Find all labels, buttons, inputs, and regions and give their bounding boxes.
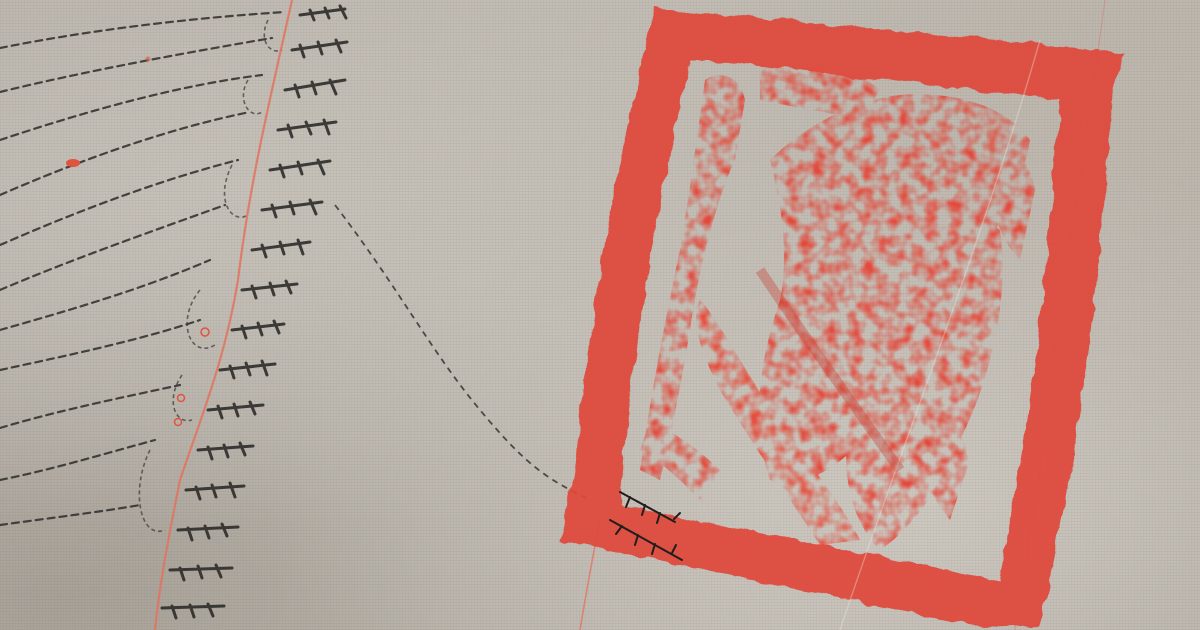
document-photo: Cloth document with vertical Mongolian s…	[0, 0, 1200, 630]
red-seal	[0, 0, 1200, 630]
seal-characters	[640, 66, 1035, 550]
